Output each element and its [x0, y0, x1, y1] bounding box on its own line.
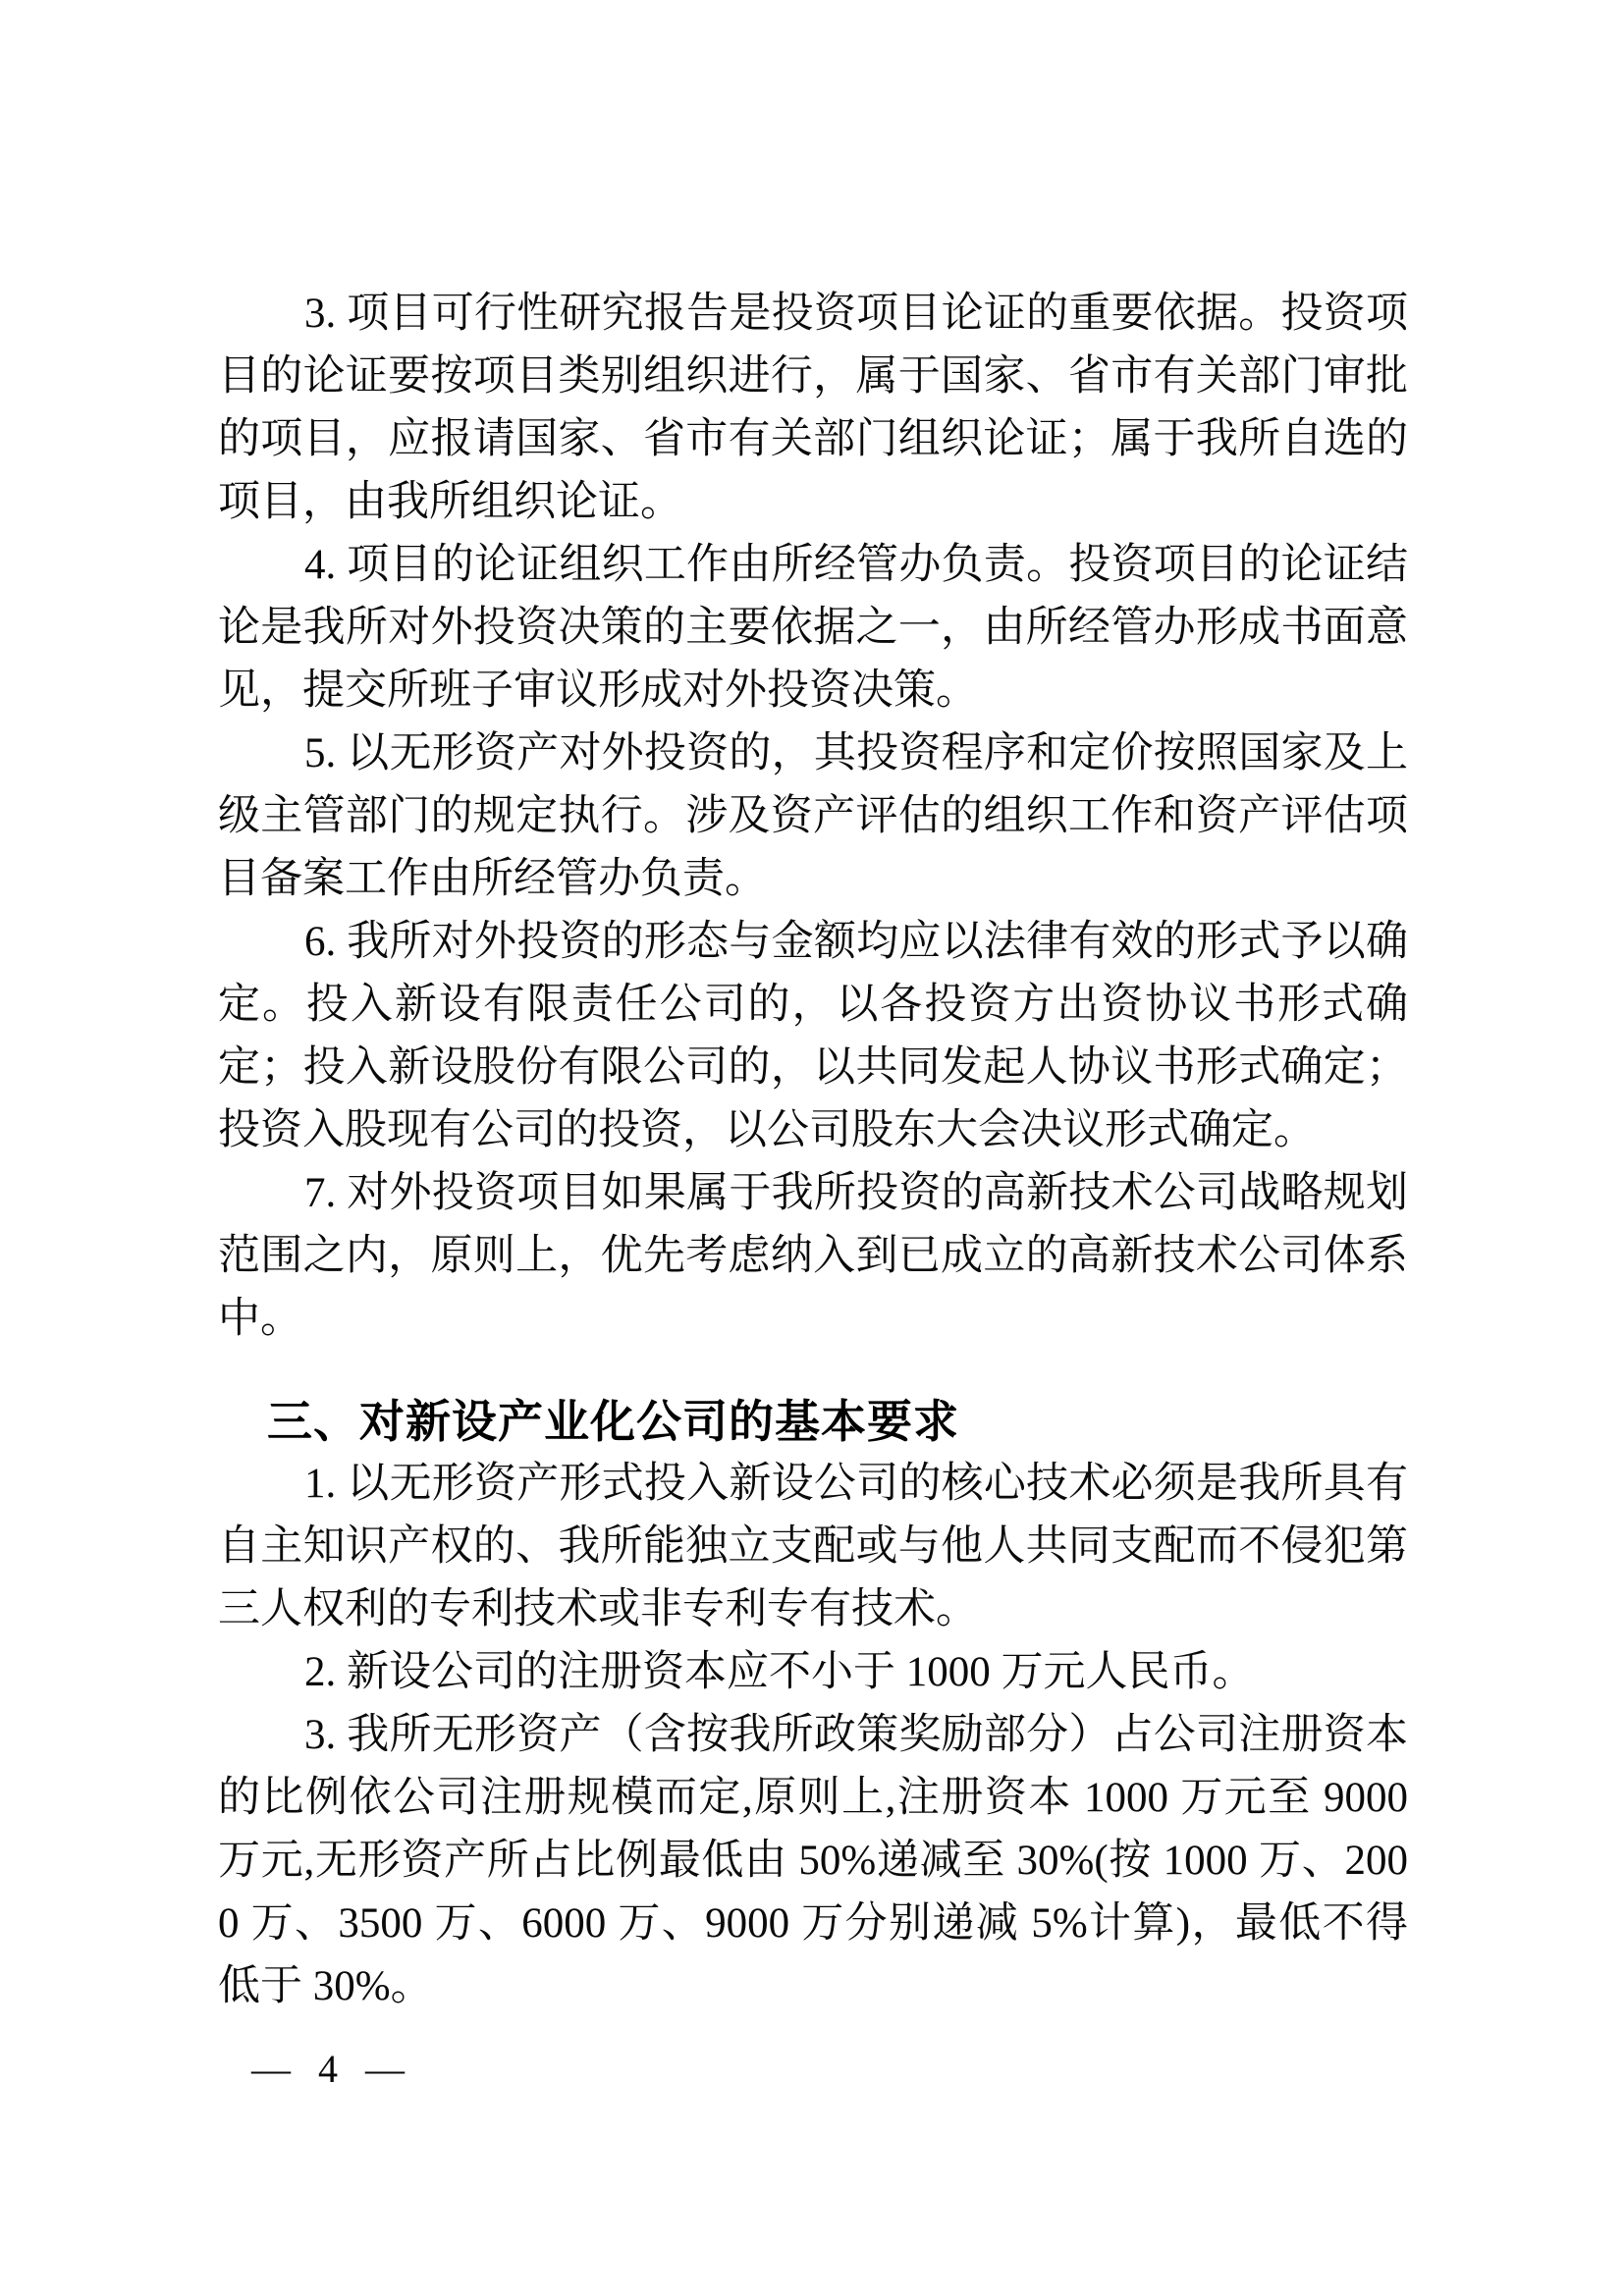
document-page: 3. 项目可行性研究报告是投资项目论证的重要依据。投资项目的论证要按项目类别组织…	[0, 0, 1624, 2296]
section-paragraph-2: 2. 新设公司的注册资本应不小于 1000 万元人民币。	[218, 1641, 1408, 1704]
paragraph-item-4: 4. 项目的论证组织工作由所经管办负责。投资项目的论证结论是我所对外投资决策的主…	[218, 534, 1408, 722]
paragraph-item-6: 6. 我所对外投资的形态与金额均应以法律有效的形式予以确定。投入新设有限责任公司…	[218, 911, 1408, 1162]
paragraph-item-5: 5. 以无形资产对外投资的，其投资程序和定价按照国家及上级主管部门的规定执行。涉…	[218, 722, 1408, 911]
section-paragraph-1: 1. 以无形资产形式投入新设公司的核心技术必须是我所具有自主知识产权的、我所能独…	[218, 1453, 1408, 1641]
section-heading: 三、对新设产业化公司的基本要求	[218, 1390, 1408, 1453]
paragraph-item-3: 3. 项目可行性研究报告是投资项目论证的重要依据。投资项目的论证要按项目类别组织…	[218, 283, 1408, 534]
paragraph-item-7: 7. 对外投资项目如果属于我所投资的高新技术公司战略规划范围之内，原则上，优先考…	[218, 1162, 1408, 1351]
document-body: 3. 项目可行性研究报告是投资项目论证的重要依据。投资项目的论证要按项目类别组织…	[218, 283, 1408, 2018]
section-paragraph-3: 3. 我所无形资产（含按我所政策奖励部分）占公司注册资本的比例依公司注册规模而定…	[218, 1704, 1408, 2018]
page-footer: — 4 —	[251, 2048, 405, 2091]
page-number: — 4 —	[251, 2047, 405, 2091]
